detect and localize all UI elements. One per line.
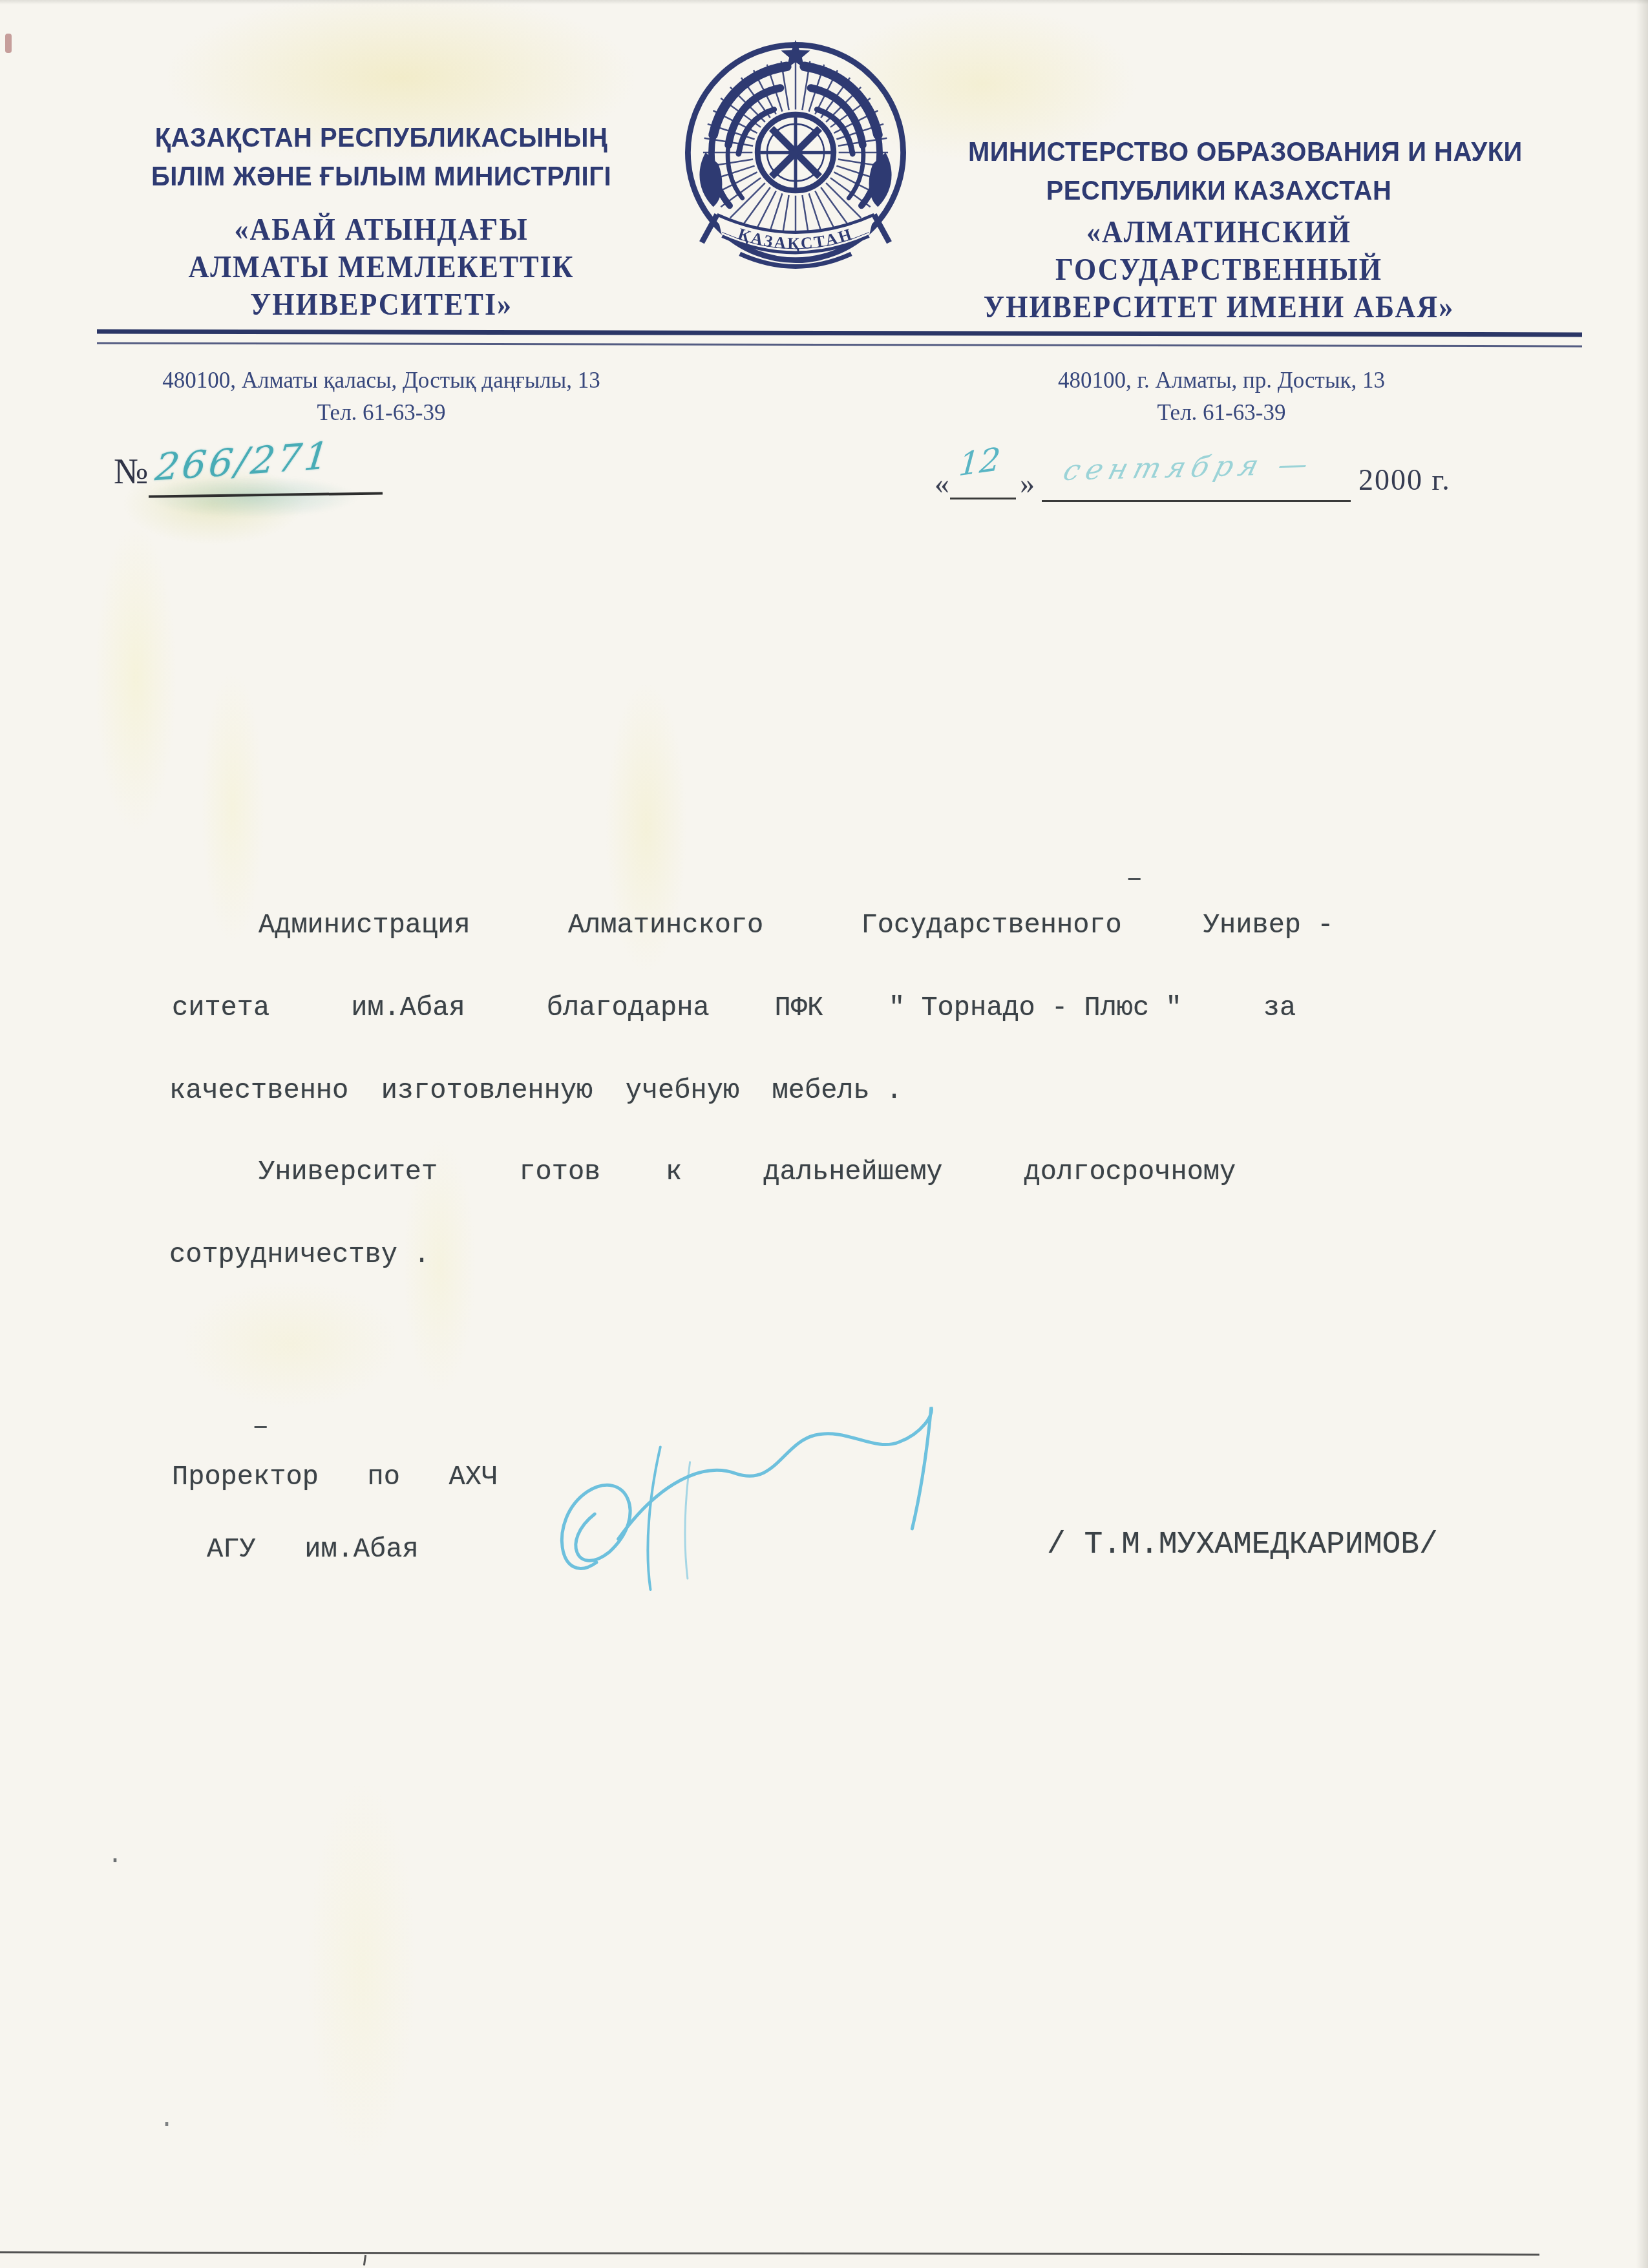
scan-artifact-speck [5, 34, 12, 53]
signer-title-line2: АГУ им.Абая [207, 1534, 419, 1565]
body-line-1: Администрация Алматинского Государственн… [259, 910, 1333, 941]
signer-title-line1: Проректор по АХЧ [172, 1462, 498, 1493]
phone-russian: Тел. 61-63-39 [944, 397, 1499, 429]
scan-artifact-dash: – [1126, 863, 1143, 896]
date-open-quote: « [935, 467, 949, 501]
body-line-4: Университет готов к дальнейшему долгосро… [259, 1157, 1236, 1188]
scanned-letter-page: ҚАЗАҚСТАН РЕСПУБЛИКАСЫНЫҢ БІЛІМ ЖӘНЕ ҒЫЛ… [0, 0, 1648, 2268]
scan-page-edge-line [0, 2251, 1539, 2255]
body-line-5: сотрудничеству . [169, 1239, 430, 1270]
scan-artifact-dash: – [252, 1411, 269, 1444]
scan-edge-shade [1636, 0, 1648, 2268]
scan-artifact-dot: . [159, 2105, 174, 2134]
university-russian-line1: «АЛМАТИНСКИЙ [968, 213, 1470, 251]
date-month-handwritten: сентября — [1060, 448, 1318, 487]
ministry-kazakh-line2: БІЛІМ ЖӘНЕ ҒЫЛЫМ МИНИСТРЛІГІ [149, 157, 614, 195]
address-block-russian: 480100, г. Алматы, пр. Достык, 13 Тел. 6… [944, 364, 1499, 429]
university-russian-line2: ГОСУДАРСТВЕННЫЙ [968, 251, 1470, 288]
handwritten-signature [494, 1374, 993, 1637]
address-block-kazakh: 480100, Алматы қаласы, Достық даңғылы, 1… [103, 364, 659, 429]
ministry-kazakh-line1: ҚАЗАҚСТАН РЕСПУБЛИКАСЫНЫҢ [149, 119, 614, 157]
university-russian-line3: УНИВЕРСИТЕТ ИМЕНИ АБАЯ» [968, 288, 1470, 326]
date-close-quote: » [1020, 467, 1035, 501]
university-name-kazakh: «АБАЙ АТЫНДАҒЫ АЛМАТЫ МЕМЛЕКЕТТІК УНИВЕР… [149, 211, 614, 324]
university-kazakh-line3: УНИВЕРСИТЕТІ» [149, 286, 614, 323]
university-name-russian: «АЛМАТИНСКИЙ ГОСУДАРСТВЕННЫЙ УНИВЕРСИТЕТ… [968, 213, 1470, 326]
scan-artifact-tick [363, 2255, 366, 2265]
date-day-underline [950, 498, 1016, 499]
body-line-2: ситета им.Абая благодарна ПФК " Торнадо … [172, 992, 1296, 1024]
signer-name: / Т.М.МУХАМЕДКАРИМОВ/ [1047, 1528, 1438, 1562]
ministry-russian-line2: РЕСПУБЛИКИ КАЗАХСТАН [968, 171, 1470, 209]
date-day-handwritten: 12 [957, 441, 1002, 483]
header-divider-thick [97, 330, 1582, 337]
university-kazakh-line2: АЛМАТЫ МЕМЛЕКЕТТІК [149, 248, 614, 286]
date-month-underline [1042, 500, 1351, 502]
kazakhstan-coat-of-arms-icon: ҚАЗАҚСТАН [669, 26, 922, 284]
emblem-shanyrak [757, 114, 834, 191]
ministry-name-russian: МИНИСТЕРСТВО ОБРАЗОВАНИЯ И НАУКИ РЕСПУБЛ… [968, 133, 1470, 210]
scan-artifact-dot: . [107, 1842, 123, 1871]
address-russian: 480100, г. Алматы, пр. Достык, 13 [944, 364, 1499, 397]
phone-kazakh: Тел. 61-63-39 [103, 397, 659, 429]
date-year-printed: 2000 г. [1358, 463, 1451, 497]
ministry-russian-line1: МИНИСТЕРСТВО ОБРАЗОВАНИЯ И НАУКИ [968, 133, 1470, 171]
header-divider-thin [97, 342, 1582, 348]
number-sign-label: № [114, 451, 148, 492]
body-line-3: качественно изготовленную учебную мебель… [169, 1075, 902, 1106]
address-kazakh: 480100, Алматы қаласы, Достық даңғылы, 1… [103, 364, 659, 397]
university-kazakh-line1: «АБАЙ АТЫНДАҒЫ [149, 211, 614, 248]
ministry-name-kazakh: ҚАЗАҚСТАН РЕСПУБЛИКАСЫНЫҢ БІЛІМ ЖӘНЕ ҒЫЛ… [149, 119, 614, 196]
